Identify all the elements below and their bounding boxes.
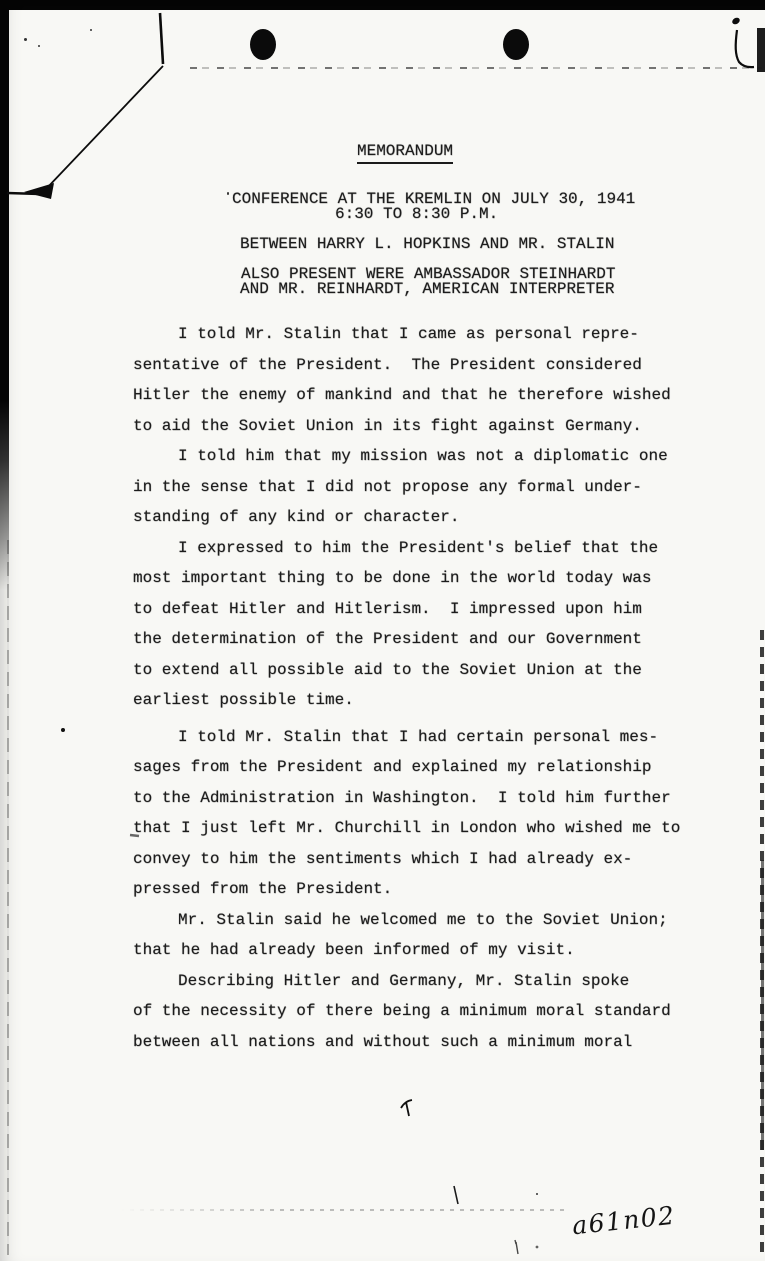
pen-tick-2	[515, 1240, 518, 1254]
handwritten-code: a61n02	[571, 1201, 677, 1241]
scan-speck	[536, 1193, 538, 1195]
scan-edge-left	[0, 0, 9, 590]
memo-title: MEMORANDUM	[357, 143, 453, 164]
scan-edge-top	[0, 0, 765, 10]
scan-speck	[38, 45, 40, 47]
punch-hole-right	[503, 29, 529, 60]
memo-line: in the sense that I did not propose any …	[133, 472, 723, 503]
punch-hole-left	[250, 29, 276, 60]
memo-line: sentative of the President. The Presiden…	[133, 350, 723, 381]
scan-speck	[24, 38, 27, 41]
memo-line: between all nations and without such a m…	[133, 1027, 723, 1058]
memo-line: to defeat Hitler and Hitlerism. I impres…	[133, 594, 723, 625]
fold-tail-line	[7, 193, 40, 194]
memo-line: that I just left Mr. Churchill in London…	[133, 813, 723, 844]
memo-line: I told Mr. Stalin that I came as persona…	[133, 319, 723, 350]
memo-line: convey to him the sentiments which I had…	[133, 844, 723, 875]
memo-paragraph: Describing Hitler and Germany, Mr. Stali…	[133, 966, 723, 1058]
time-heading: 6:30 TO 8:30 P.M.	[335, 206, 498, 222]
also-present-line-2: AND MR. REINHARDT, AMERICAN INTERPRETER	[240, 281, 614, 297]
memo-line: Describing Hitler and Germany, Mr. Stali…	[133, 966, 723, 997]
memo-line: the determination of the President and o…	[133, 624, 723, 655]
memo-line: standing of any kind or character.	[133, 502, 723, 533]
memo-line: most important thing to be done in the w…	[133, 563, 723, 594]
corner-bracket-mark	[736, 30, 754, 67]
memo-line: pressed from the President.	[133, 874, 723, 905]
bottom-dotted-line	[120, 1209, 565, 1211]
memo-paragraph: I expressed to him the President's belie…	[133, 533, 723, 716]
perforation-line	[190, 67, 762, 69]
memo-line: of the necessity of there being a minimu…	[133, 996, 723, 1027]
memo-line: sages from the President and explained m…	[133, 752, 723, 783]
memo-line: Hitler the enemy of mankind and that he …	[133, 380, 723, 411]
memo-line: that he had already been informed of my …	[133, 935, 723, 966]
fold-crease-vertical	[160, 13, 163, 64]
fold-crease-diagonal	[46, 66, 163, 189]
scan-edge-left-lower	[7, 540, 9, 1255]
ink-squiggle	[401, 1100, 412, 1116]
memo-line: I told him that my mission was not a dip…	[133, 441, 723, 472]
memo-paragraph: Mr. Stalin said he welcomed me to the So…	[133, 905, 723, 966]
memo-line: I expressed to him the President's belie…	[133, 533, 723, 564]
fold-arrowhead	[24, 183, 54, 199]
memo-line: I told Mr. Stalin that I had certain per…	[133, 722, 723, 753]
pen-dot	[536, 1246, 539, 1249]
memo-paragraph: I told Mr. Stalin that I came as persona…	[133, 319, 723, 441]
scanned-memo-page: MEMORANDUM CONFERENCE AT THE KREMLIN ON …	[0, 0, 765, 1261]
scan-speck	[61, 728, 65, 732]
scan-speck	[227, 192, 229, 195]
memo-line: to the Administration in Washington. I t…	[133, 783, 723, 814]
participants-heading: BETWEEN HARRY L. HOPKINS AND MR. STALIN	[240, 236, 614, 252]
memo-line: to extend all possible aid to the Soviet…	[133, 655, 723, 686]
memo-line: Mr. Stalin said he welcomed me to the So…	[133, 905, 723, 936]
memo-line: to aid the Soviet Union in its fight aga…	[133, 411, 723, 442]
memo-paragraph: I told Mr. Stalin that I had certain per…	[133, 722, 723, 905]
scan-edge-right-top	[757, 28, 765, 72]
pen-tick-1	[454, 1186, 458, 1204]
memo-line: earliest possible time.	[133, 685, 723, 716]
memo-paragraph: I told him that my mission was not a dip…	[133, 441, 723, 533]
scan-edge-right-solid	[761, 860, 764, 1150]
scan-speck	[90, 29, 92, 31]
corner-ink-blob	[731, 16, 741, 25]
memo-body: I told Mr. Stalin that I came as persona…	[133, 319, 723, 1057]
